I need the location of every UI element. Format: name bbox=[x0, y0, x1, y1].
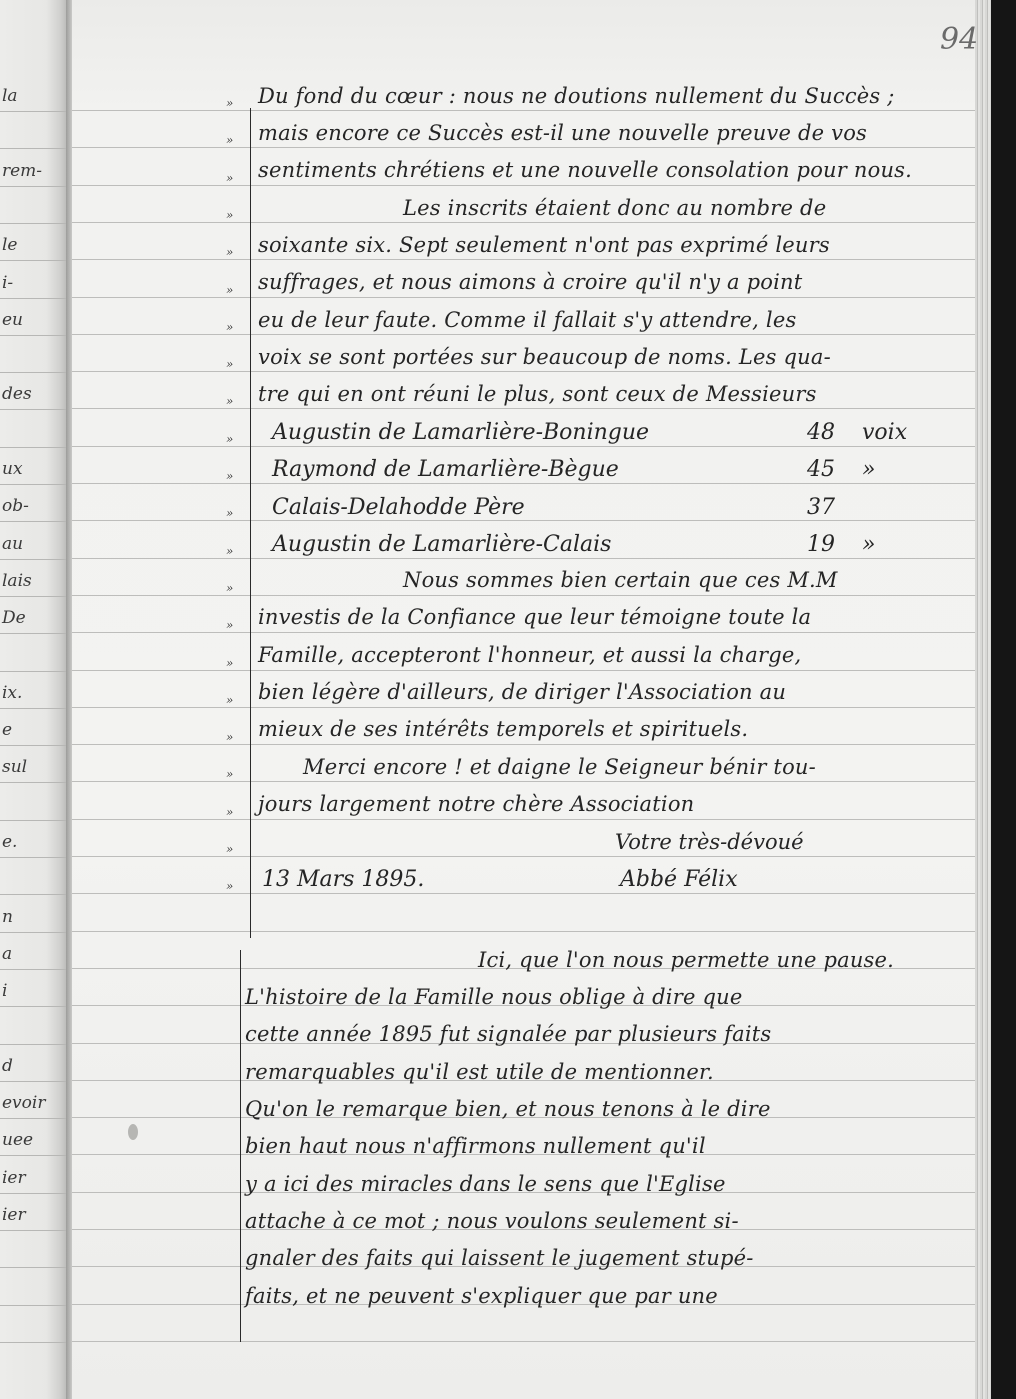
candidate-name: Calais-Delahodde Père bbox=[272, 495, 525, 520]
margin-rule-upper bbox=[250, 108, 251, 938]
left-page-word-fragment: a bbox=[2, 944, 12, 964]
ruled-line bbox=[0, 559, 66, 560]
ruled-line bbox=[72, 744, 976, 745]
text-line: Qu'on le remarque bien, et nous tenons à… bbox=[245, 1097, 957, 1121]
continuation-quote-mark: » bbox=[226, 506, 233, 520]
ruled-line bbox=[0, 186, 66, 187]
left-page-word-fragment: e bbox=[2, 720, 12, 740]
text-line: Famille, accepteront l'honneur, et aussi… bbox=[258, 643, 970, 667]
ruled-line bbox=[72, 520, 976, 521]
ruled-line bbox=[0, 260, 66, 261]
text-line: eu de leur faute. Comme il fallait s'y a… bbox=[258, 308, 970, 332]
ruled-line bbox=[0, 484, 66, 485]
left-page-word-fragment: lais bbox=[2, 571, 32, 591]
continuation-quote-mark: » bbox=[226, 544, 233, 558]
text-line: Du fond du cœur : nous ne doutions nulle… bbox=[258, 84, 970, 108]
left-page-word-fragment: la bbox=[2, 86, 18, 106]
vote-count: 48 bbox=[807, 420, 835, 445]
text-line: jours largement notre chère Association bbox=[258, 792, 970, 816]
vote-count: 19 bbox=[807, 532, 835, 557]
vote-count: 45 bbox=[807, 457, 835, 482]
continuation-quote-mark: » bbox=[226, 208, 233, 222]
ruled-line bbox=[72, 781, 976, 782]
ruled-line bbox=[0, 1193, 66, 1194]
left-page-word-fragment: le bbox=[2, 235, 18, 255]
left-page-word-fragment: ux bbox=[2, 459, 23, 479]
ruled-line bbox=[0, 1118, 66, 1119]
left-page-word-fragment: ier bbox=[2, 1168, 26, 1188]
page-stack-edge bbox=[975, 0, 991, 1399]
ruled-line bbox=[0, 596, 66, 597]
ruled-line bbox=[0, 1267, 66, 1268]
text-line: y a ici des miracles dans le sens que l'… bbox=[245, 1172, 957, 1196]
closing-salutation: Votre très-dévoué bbox=[615, 830, 804, 854]
ruled-line bbox=[72, 819, 976, 820]
text-line: mais encore ce Succès est-il une nouvell… bbox=[258, 121, 970, 145]
text-line: Les inscrits étaient donc au nombre de bbox=[258, 196, 970, 220]
ruled-line bbox=[0, 521, 66, 522]
previous-page-fragment: larem-lei-eudesuxob-aulaisDeix.esule.nai… bbox=[0, 0, 66, 1399]
text-line: bien haut nous n'affirmons nullement qu'… bbox=[245, 1134, 957, 1158]
continuation-quote-mark: » bbox=[226, 805, 233, 819]
text-line: faits, et ne peuvent s'expliquer que par… bbox=[245, 1284, 957, 1308]
ruled-line bbox=[72, 408, 976, 409]
page-number: 94 bbox=[940, 22, 978, 57]
ruled-line bbox=[0, 671, 66, 672]
continuation-quote-mark: » bbox=[226, 767, 233, 781]
ruled-line bbox=[0, 1305, 66, 1306]
continuation-quote-mark: » bbox=[226, 133, 233, 147]
left-page-word-fragment: eu bbox=[2, 310, 23, 330]
left-page-word-fragment: d bbox=[2, 1056, 13, 1076]
left-page-word-fragment: ier bbox=[2, 1205, 26, 1225]
candidate-name: Augustin de Lamarlière-Boningue bbox=[272, 420, 649, 445]
ruled-line bbox=[72, 297, 976, 298]
ink-smudge bbox=[128, 1124, 138, 1140]
ruled-line bbox=[0, 820, 66, 821]
signature: Abbé Félix bbox=[620, 867, 738, 892]
continuation-quote-mark: » bbox=[226, 283, 233, 297]
ruled-line bbox=[72, 632, 976, 633]
left-page-word-fragment: i- bbox=[2, 273, 13, 293]
continuation-quote-mark: » bbox=[226, 656, 233, 670]
margin-rule-lower bbox=[240, 950, 241, 1342]
ruled-line bbox=[72, 558, 976, 559]
left-page-word-fragment: evoir bbox=[2, 1093, 45, 1113]
ruled-line bbox=[72, 259, 976, 260]
left-page-word-fragment: sul bbox=[2, 757, 27, 777]
text-line: cette année 1895 fut signalée par plusie… bbox=[245, 1022, 957, 1046]
text-line: attache à ce mot ; nous voulons seulemen… bbox=[245, 1209, 957, 1233]
ruled-line bbox=[0, 372, 66, 373]
ruled-line bbox=[72, 707, 976, 708]
ruled-line bbox=[72, 670, 976, 671]
left-page-word-fragment: rem- bbox=[2, 161, 42, 181]
text-line: Nous sommes bien certain que ces M.M bbox=[258, 568, 970, 592]
ruled-line bbox=[0, 1081, 66, 1082]
continuation-quote-mark: » bbox=[226, 320, 233, 334]
ruled-line bbox=[72, 110, 976, 111]
continuation-quote-mark: » bbox=[226, 432, 233, 446]
ruled-line bbox=[0, 111, 66, 112]
continuation-quote-mark: » bbox=[226, 730, 233, 744]
continuation-quote-mark: » bbox=[226, 581, 233, 595]
ruled-line bbox=[72, 371, 976, 372]
ruled-line bbox=[0, 223, 66, 224]
ruled-line bbox=[0, 298, 66, 299]
ruled-line bbox=[72, 856, 976, 857]
left-page-word-fragment: uee bbox=[2, 1130, 33, 1150]
ruled-line bbox=[0, 782, 66, 783]
text-line: voix se sont portées sur beaucoup de nom… bbox=[258, 345, 970, 369]
left-page-word-fragment: des bbox=[2, 384, 32, 404]
left-page-word-fragment: n bbox=[2, 907, 13, 927]
text-line: sentiments chrétiens et une nouvelle con… bbox=[258, 158, 970, 182]
ruled-line bbox=[72, 185, 976, 186]
ruled-line bbox=[0, 1230, 66, 1231]
left-page-word-fragment: e. bbox=[2, 832, 17, 852]
ruled-line bbox=[0, 1044, 66, 1045]
left-page-word-fragment: au bbox=[2, 534, 23, 554]
continuation-quote-mark: » bbox=[226, 469, 233, 483]
ruled-line bbox=[0, 1155, 66, 1156]
ruled-line bbox=[0, 335, 66, 336]
ruled-line bbox=[72, 483, 976, 484]
text-line: mieux de ses intérêts temporels et spiri… bbox=[258, 717, 970, 741]
ruled-line bbox=[72, 1341, 976, 1342]
ruled-line bbox=[72, 595, 976, 596]
left-page-word-fragment: De bbox=[2, 608, 26, 628]
continuation-quote-mark: » bbox=[226, 394, 233, 408]
continuation-quote-mark: » bbox=[226, 357, 233, 371]
ruled-line bbox=[72, 334, 976, 335]
text-line: gnaler des faits qui laissent le jugemen… bbox=[245, 1246, 957, 1270]
text-line: L'histoire de la Famille nous oblige à d… bbox=[245, 985, 957, 1009]
text-line: Ici, que l'on nous permette une pause. bbox=[258, 948, 970, 972]
left-page-word-fragment: ob- bbox=[2, 496, 29, 516]
vote-unit: » bbox=[862, 457, 875, 482]
text-line: bien légère d'ailleurs, de diriger l'Ass… bbox=[258, 680, 970, 704]
ruled-line bbox=[0, 447, 66, 448]
ruled-line bbox=[0, 1006, 66, 1007]
ruled-line bbox=[0, 633, 66, 634]
ruled-line bbox=[0, 894, 66, 895]
continuation-quote-mark: » bbox=[226, 842, 233, 856]
text-line: Merci encore ! et daigne le Seigneur bén… bbox=[258, 755, 970, 779]
ruled-line bbox=[0, 409, 66, 410]
ruled-line bbox=[0, 932, 66, 933]
left-page-word-fragment: i bbox=[2, 981, 7, 1001]
book-cover-edge bbox=[991, 0, 1016, 1399]
continuation-quote-mark: » bbox=[226, 693, 233, 707]
ruled-line bbox=[0, 148, 66, 149]
text-line: soixante six. Sept seulement n'ont pas e… bbox=[258, 233, 970, 257]
left-page-word-fragment: ix. bbox=[2, 683, 22, 703]
ruled-line bbox=[0, 1342, 66, 1343]
text-line: tre qui en ont réuni le plus, sont ceux … bbox=[258, 382, 970, 406]
ruled-line bbox=[0, 857, 66, 858]
candidate-name: Augustin de Lamarlière-Calais bbox=[272, 532, 611, 557]
vote-count: 37 bbox=[807, 495, 835, 520]
vote-unit: » bbox=[862, 532, 875, 557]
text-line: suffrages, et nous aimons à croire qu'il… bbox=[258, 270, 970, 294]
continuation-quote-mark: » bbox=[226, 618, 233, 632]
ruled-line bbox=[72, 147, 976, 148]
letter-date: 13 Mars 1895. bbox=[262, 867, 424, 892]
ruled-line bbox=[72, 931, 976, 932]
continuation-quote-mark: » bbox=[226, 879, 233, 893]
ruled-line bbox=[72, 446, 976, 447]
ruled-line bbox=[0, 708, 66, 709]
ruled-line bbox=[72, 893, 976, 894]
ruled-line bbox=[0, 745, 66, 746]
vote-unit: voix bbox=[862, 420, 907, 445]
ruled-line bbox=[72, 222, 976, 223]
continuation-quote-mark: » bbox=[226, 171, 233, 185]
candidate-name: Raymond de Lamarlière-Bègue bbox=[272, 457, 619, 482]
continuation-quote-mark: » bbox=[226, 245, 233, 259]
ruled-line bbox=[0, 969, 66, 970]
text-line: investis de la Confiance que leur témoig… bbox=[258, 605, 970, 629]
continuation-quote-mark: » bbox=[226, 96, 233, 110]
text-line: remarquables qu'il est utile de mentionn… bbox=[245, 1060, 957, 1084]
